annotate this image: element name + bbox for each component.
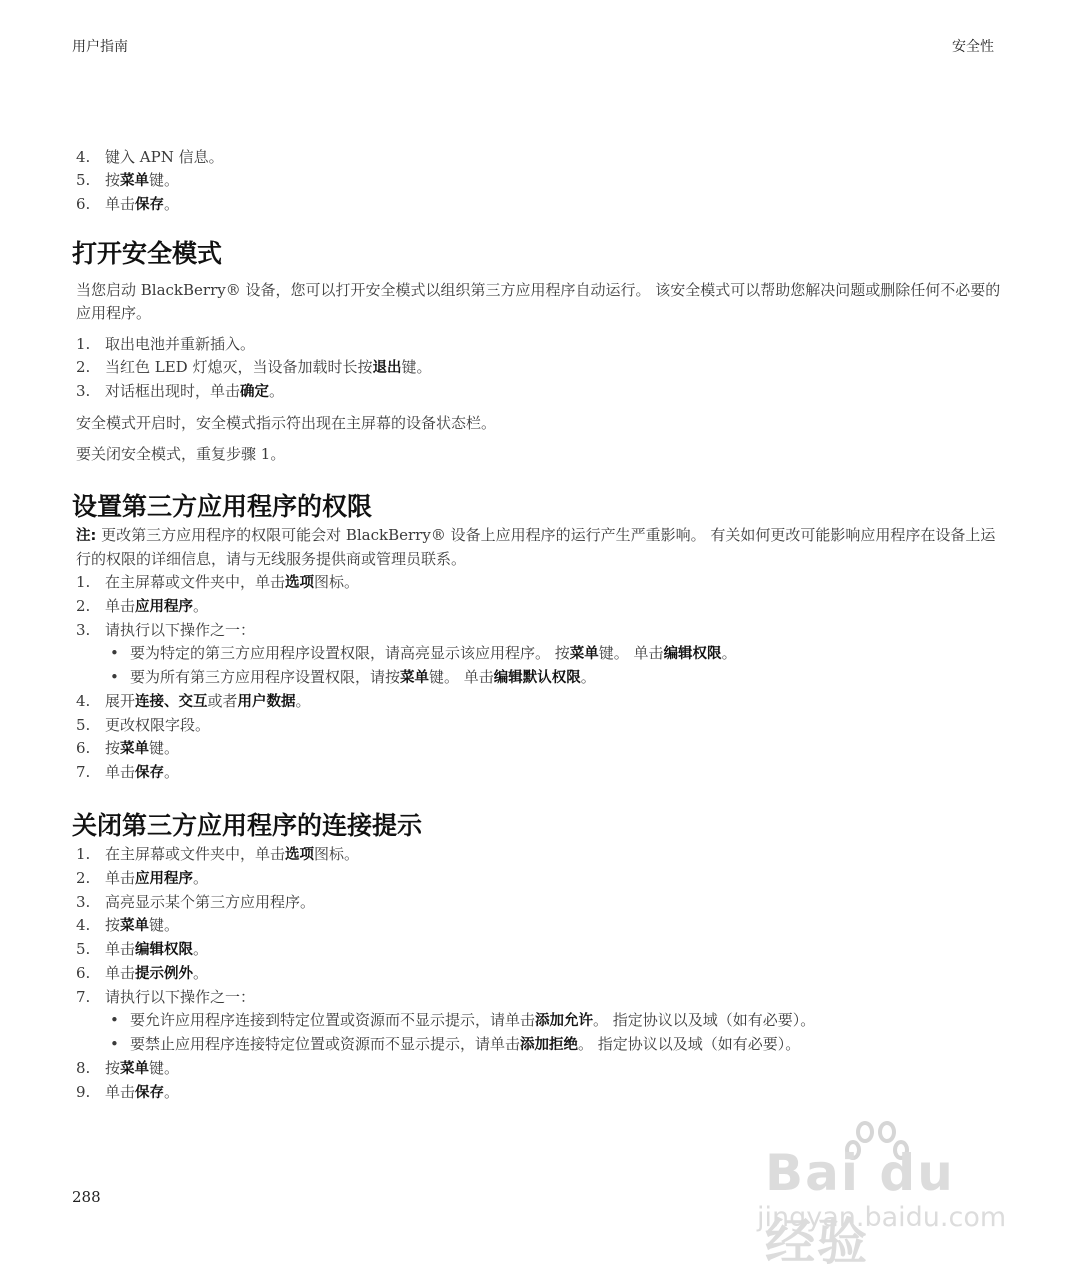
ui-element-name: 保存 bbox=[135, 1085, 164, 1101]
step-text: 单击 bbox=[105, 869, 135, 887]
step-item: 3.对话框出现时，单击确定。 bbox=[72, 380, 1002, 404]
section-title-connection-prompts: 关闭第三方应用程序的连接提示 bbox=[72, 809, 1002, 843]
ui-element-name: 编辑权限 bbox=[135, 942, 193, 958]
step-text: 高亮显示某个第三方应用程序。 bbox=[105, 893, 315, 911]
step-item: 1.在主屏幕或文件夹中，单击选项图标。 bbox=[72, 571, 1002, 595]
sub-options: •要允许应用程序连接到特定位置或资源而不显示提示，请单击添加允许。 指定协议以及… bbox=[72, 1009, 1002, 1057]
step-text: 当红色 LED 灯熄灭，当设备加载时长按 bbox=[105, 358, 372, 376]
safe-mode-indicator-text: 安全模式开启时，安全模式指示符出现在主屏幕的设备状态栏。 bbox=[76, 412, 1002, 435]
baidu-watermark: Bai du 经验 jingyan.baidu.com bbox=[755, 1122, 1005, 1242]
step-item: 7.请执行以下操作之一： bbox=[72, 986, 1002, 1009]
ui-element-name: 选项 bbox=[285, 847, 314, 863]
step-text: 请执行以下操作之一： bbox=[105, 621, 255, 639]
sub-options: •要为特定的第三方应用程序设置权限，请高亮显示该应用程序。 按菜单键。 单击编辑… bbox=[72, 642, 1002, 690]
step-text: 键。 单击 bbox=[599, 644, 664, 662]
permissions-note: 注: 更改第三方应用程序的权限可能会对 BlackBerry® 设备上应用程序的… bbox=[76, 524, 1002, 571]
step-item: 3.请执行以下操作之一： bbox=[72, 619, 1002, 642]
step-item: 3.高亮显示某个第三方应用程序。 bbox=[72, 891, 1002, 914]
step-text: 在主屏幕或文件夹中，单击 bbox=[105, 845, 285, 863]
step-item: 8.按菜单键。 bbox=[72, 1057, 1002, 1081]
ui-element-name: 菜单 bbox=[120, 741, 149, 757]
watermark-url: jingyan.baidu.com bbox=[757, 1202, 1006, 1233]
step-number: 5. bbox=[76, 169, 90, 192]
step-item: 2.单击应用程序。 bbox=[72, 867, 1002, 891]
step-number: 5. bbox=[76, 714, 90, 737]
step-number: 2. bbox=[76, 867, 90, 890]
ui-element-name: 应用程序 bbox=[135, 599, 193, 615]
step-text: 取出电池并重新插入。 bbox=[105, 335, 255, 353]
ui-element-name: 菜单 bbox=[570, 646, 599, 662]
ui-element-name: 应用程序 bbox=[135, 871, 193, 887]
step-text: 。 bbox=[269, 382, 284, 400]
ui-element-name: 、 bbox=[164, 694, 179, 710]
ui-element-name: 添加允许 bbox=[535, 1013, 593, 1029]
section-intro-safe-mode: 当您启动 BlackBerry® 设备，您可以打开安全模式以组织第三方应用程序自… bbox=[76, 279, 1002, 325]
ui-element-name: 选项 bbox=[285, 575, 314, 591]
step-item: 1.在主屏幕或文件夹中，单击选项图标。 bbox=[72, 843, 1002, 867]
step-text: 键。 bbox=[149, 916, 179, 934]
step-text: 。 bbox=[193, 940, 208, 958]
note-text: 更改第三方应用程序的权限可能会对 BlackBerry® 设备上应用程序的运行产… bbox=[76, 526, 995, 568]
sub-option-item: •要为所有第三方应用程序设置权限，请按菜单键。 单击编辑默认权限。 bbox=[108, 666, 1002, 690]
ui-element-name: 保存 bbox=[135, 197, 164, 213]
step-text: 或者 bbox=[208, 692, 238, 710]
step-item: 6.单击提示例外。 bbox=[72, 962, 1002, 986]
step-number: 1. bbox=[76, 333, 90, 356]
step-text: 单击 bbox=[105, 597, 135, 615]
step-item: 6.按菜单键。 bbox=[72, 737, 1002, 761]
step-text: 要允许应用程序连接到特定位置或资源而不显示提示，请单击 bbox=[130, 1011, 535, 1029]
step-number: 3. bbox=[76, 891, 90, 914]
ui-element-name: 编辑默认权限 bbox=[494, 670, 581, 686]
step-text: 单击 bbox=[105, 964, 135, 982]
step-item: 7.单击保存。 bbox=[72, 761, 1002, 785]
step-text: 单击 bbox=[105, 1083, 135, 1101]
step-text: 请执行以下操作之一： bbox=[105, 988, 255, 1006]
bullet-icon: • bbox=[110, 642, 119, 665]
step-number: 7. bbox=[76, 761, 90, 784]
sub-option-item: •要允许应用程序连接到特定位置或资源而不显示提示，请单击添加允许。 指定协议以及… bbox=[108, 1009, 1002, 1033]
step-text: 键。 bbox=[401, 358, 431, 376]
step-text: 。 bbox=[164, 195, 179, 213]
ui-element-name: 编辑权限 bbox=[664, 646, 722, 662]
step-item: 2.当红色 LED 灯熄灭，当设备加载时长按退出键。 bbox=[72, 356, 1002, 380]
steps-connection-prompts: 1.在主屏幕或文件夹中，单击选项图标。2.单击应用程序。3.高亮显示某个第三方应… bbox=[72, 843, 1002, 1105]
step-item: 4.键入 APN 信息。 bbox=[72, 146, 1002, 169]
step-text: 键。 bbox=[149, 1059, 179, 1077]
safe-mode-off-text: 要关闭安全模式，重复步骤 1。 bbox=[76, 443, 1002, 466]
step-number: 1. bbox=[76, 843, 90, 866]
step-text: 要为所有第三方应用程序设置权限，请按 bbox=[130, 668, 400, 686]
step-item: 4.展开连接、交互或者用户数据。 bbox=[72, 690, 1002, 714]
ui-element-name: 提示例外 bbox=[135, 966, 193, 982]
step-text: 更改权限字段。 bbox=[105, 716, 210, 734]
step-text: 。 bbox=[193, 869, 208, 887]
step-text: 。 指定协议以及域（如有必要）。 bbox=[593, 1011, 815, 1029]
ui-element-name: 菜单 bbox=[400, 670, 429, 686]
step-text: 。 bbox=[164, 763, 179, 781]
step-text: 单击 bbox=[105, 195, 135, 213]
bullet-icon: • bbox=[110, 1009, 119, 1032]
bullet-icon: • bbox=[110, 1033, 119, 1056]
step-number: 7. bbox=[76, 986, 90, 1009]
step-text: 按 bbox=[105, 1059, 120, 1077]
ui-element-name: 连接 bbox=[135, 694, 164, 710]
step-item: 5.单击编辑权限。 bbox=[72, 938, 1002, 962]
step-text: 。 bbox=[581, 668, 596, 686]
note-label: 注: bbox=[76, 528, 96, 544]
step-number: 3. bbox=[76, 619, 90, 642]
step-text: 在主屏幕或文件夹中，单击 bbox=[105, 573, 285, 591]
step-text: 单击 bbox=[105, 763, 135, 781]
step-number: 6. bbox=[76, 193, 90, 216]
running-header-title: 用户指南 bbox=[72, 36, 128, 56]
step-item: 4.按菜单键。 bbox=[72, 914, 1002, 938]
step-text: 对话框出现时，单击 bbox=[105, 382, 240, 400]
intro-steps: 4.键入 APN 信息。5.按菜单键。6.单击保存。 bbox=[72, 146, 1002, 217]
step-number: 3. bbox=[76, 380, 90, 403]
step-text: 。 bbox=[164, 1083, 179, 1101]
step-item: 6.单击保存。 bbox=[72, 193, 1002, 217]
step-text: 。 bbox=[193, 597, 208, 615]
document-body: 4.键入 APN 信息。5.按菜单键。6.单击保存。 打开安全模式 当您启动 B… bbox=[72, 146, 1002, 1105]
running-header-section: 安全性 bbox=[952, 36, 994, 56]
step-number: 1. bbox=[76, 571, 90, 594]
step-item: 5.更改权限字段。 bbox=[72, 714, 1002, 737]
step-number: 8. bbox=[76, 1057, 90, 1080]
bullet-icon: • bbox=[110, 666, 119, 689]
step-item: 1.取出电池并重新插入。 bbox=[72, 333, 1002, 356]
step-text: 要禁止应用程序连接特定位置或资源而不显示提示，请单击 bbox=[130, 1035, 520, 1053]
step-text: 要为特定的第三方应用程序设置权限，请高亮显示该应用程序。 按 bbox=[130, 644, 570, 662]
step-text: 按 bbox=[105, 739, 120, 757]
section-title-safe-mode: 打开安全模式 bbox=[72, 237, 1002, 271]
step-number: 5. bbox=[76, 938, 90, 961]
step-text: 图标。 bbox=[314, 845, 359, 863]
step-number: 4. bbox=[76, 146, 90, 169]
ui-element-name: 保存 bbox=[135, 765, 164, 781]
ui-element-name: 用户数据 bbox=[238, 694, 296, 710]
step-number: 6. bbox=[76, 737, 90, 760]
page-number: 288 bbox=[72, 1188, 101, 1206]
step-number: 2. bbox=[76, 356, 90, 379]
step-text: 单击 bbox=[105, 940, 135, 958]
step-text: 按 bbox=[105, 171, 120, 189]
step-number: 9. bbox=[76, 1081, 90, 1104]
ui-element-name: 菜单 bbox=[120, 918, 149, 934]
step-text: 键。 bbox=[149, 739, 179, 757]
ui-element-name: 交互 bbox=[179, 694, 208, 710]
step-item: 5.按菜单键。 bbox=[72, 169, 1002, 193]
step-item: 2.单击应用程序。 bbox=[72, 595, 1002, 619]
step-text: 。 bbox=[193, 964, 208, 982]
section-title-permissions: 设置第三方应用程序的权限 bbox=[72, 490, 1002, 524]
step-number: 4. bbox=[76, 690, 90, 713]
step-number: 2. bbox=[76, 595, 90, 618]
ui-element-name: 确定 bbox=[240, 384, 269, 400]
step-number: 4. bbox=[76, 914, 90, 937]
sub-option-item: •要禁止应用程序连接特定位置或资源而不显示提示，请单击添加拒绝。 指定协议以及域… bbox=[108, 1033, 1002, 1057]
ui-element-name: 菜单 bbox=[120, 1061, 149, 1077]
steps-safe-mode: 1.取出电池并重新插入。2.当红色 LED 灯熄灭，当设备加载时长按退出键。3.… bbox=[72, 333, 1002, 404]
step-text: 图标。 bbox=[314, 573, 359, 591]
step-text: 键入 APN 信息。 bbox=[105, 148, 224, 166]
step-number: 6. bbox=[76, 962, 90, 985]
step-text: 展开 bbox=[105, 692, 135, 710]
ui-element-name: 退出 bbox=[372, 360, 401, 376]
step-text: 键。 单击 bbox=[429, 668, 494, 686]
step-text: 。 指定协议以及域（如有必要）。 bbox=[578, 1035, 800, 1053]
step-text: 。 bbox=[296, 692, 311, 710]
step-text: 。 bbox=[722, 644, 737, 662]
ui-element-name: 菜单 bbox=[120, 173, 149, 189]
sub-option-item: •要为特定的第三方应用程序设置权限，请高亮显示该应用程序。 按菜单键。 单击编辑… bbox=[108, 642, 1002, 666]
step-text: 按 bbox=[105, 916, 120, 934]
steps-permissions: 1.在主屏幕或文件夹中，单击选项图标。2.单击应用程序。3.请执行以下操作之一：… bbox=[72, 571, 1002, 785]
step-text: 键。 bbox=[149, 171, 179, 189]
step-item: 9.单击保存。 bbox=[72, 1081, 1002, 1105]
ui-element-name: 添加拒绝 bbox=[520, 1037, 578, 1053]
